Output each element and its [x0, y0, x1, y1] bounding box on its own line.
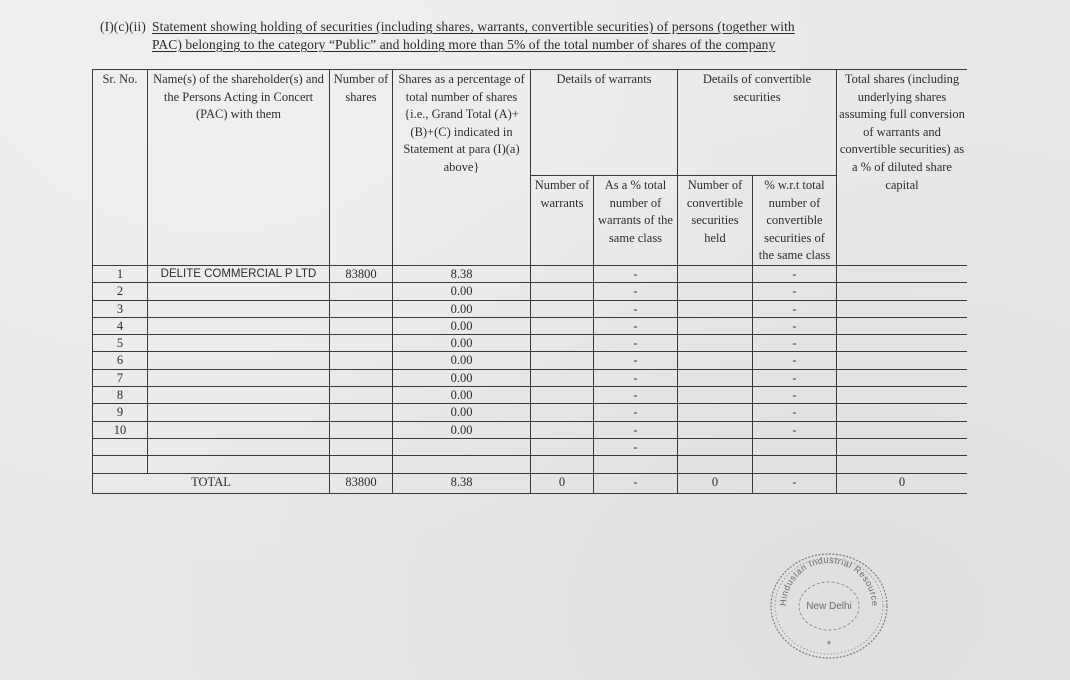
seal-center-text: New Delhi	[806, 601, 852, 612]
row-convertibles-percentage: -	[753, 283, 837, 300]
row-sr-no: 9	[93, 404, 148, 421]
header-row-1: Sr. No. Name(s) of the shareholder(s) an…	[93, 70, 968, 176]
row-warrants-percentage: -	[594, 265, 678, 282]
seal-star-icon: *	[827, 639, 832, 651]
row-shareholder-name	[148, 335, 330, 352]
statement-number: (I)(c)(ii)	[100, 18, 146, 36]
row-warrants-number	[531, 404, 594, 421]
header-total-diluted-share-capital: Total shares (including underlying share…	[837, 70, 968, 266]
row-number-of-shares	[330, 300, 393, 317]
svg-text:Hindustan Industrial Resources: Hindustan Industrial Resources Limited	[764, 548, 880, 607]
row-warrants-percentage: -	[594, 387, 678, 404]
row-warrants-number	[531, 438, 594, 455]
row-convertibles-number	[678, 456, 753, 473]
row-warrants-number	[531, 387, 594, 404]
row-diluted-percentage	[837, 352, 968, 369]
table-row: 90.00--	[93, 404, 968, 421]
holdings-table: Sr. No. Name(s) of the shareholder(s) an…	[92, 69, 967, 494]
row-warrants-percentage: -	[594, 369, 678, 386]
seal-icon: Hindustan Industrial Resources Limited N…	[764, 548, 894, 664]
row-warrants-number	[531, 300, 594, 317]
row-warrants-percentage: -	[594, 283, 678, 300]
row-number-of-shares	[330, 352, 393, 369]
row-warrants-number	[531, 456, 594, 473]
row-warrants-percentage: -	[594, 352, 678, 369]
row-warrants-percentage: -	[594, 404, 678, 421]
table-row: 30.00--	[93, 300, 968, 317]
total-shares: 83800	[330, 473, 393, 493]
row-sr-no	[93, 456, 148, 473]
table-row: 100.00--	[93, 421, 968, 438]
row-convertibles-number	[678, 404, 753, 421]
row-convertibles-percentage: -	[753, 404, 837, 421]
row-diluted-percentage	[837, 456, 968, 473]
row-convertibles-number	[678, 283, 753, 300]
row-warrants-number	[531, 369, 594, 386]
row-percentage: 0.00	[393, 317, 531, 334]
row-number-of-shares	[330, 387, 393, 404]
row-diluted-percentage	[837, 438, 968, 455]
row-percentage: 0.00	[393, 421, 531, 438]
row-number-of-shares	[330, 335, 393, 352]
row-convertibles-percentage: -	[753, 300, 837, 317]
total-diluted-percentage: 0	[837, 473, 968, 493]
row-diluted-percentage	[837, 387, 968, 404]
row-number-of-shares	[330, 438, 393, 455]
row-sr-no: 3	[93, 300, 148, 317]
row-number-of-shares: 83800	[330, 265, 393, 282]
row-shareholder-name	[148, 283, 330, 300]
row-convertibles-number	[678, 421, 753, 438]
table-row: 40.00--	[93, 317, 968, 334]
row-number-of-shares	[330, 456, 393, 473]
row-diluted-percentage	[837, 317, 968, 334]
row-warrants-number	[531, 265, 594, 282]
row-shareholder-name	[148, 369, 330, 386]
row-sr-no: 6	[93, 352, 148, 369]
header-number-of-warrants: Number of warrants	[531, 176, 594, 266]
row-diluted-percentage	[837, 404, 968, 421]
row-convertibles-number	[678, 369, 753, 386]
row-warrants-percentage: -	[594, 438, 678, 455]
table-row: 50.00--	[93, 335, 968, 352]
row-convertibles-percentage: -	[753, 369, 837, 386]
row-warrants-percentage	[594, 456, 678, 473]
total-label: TOTAL	[93, 473, 330, 493]
row-sr-no	[93, 438, 148, 455]
header-details-of-convertible-securities: Details of convertible securities	[678, 70, 837, 176]
header-number-of-convertibles: Number of convertible securities held	[678, 176, 753, 266]
row-convertibles-percentage	[753, 438, 837, 455]
row-sr-no: 1	[93, 265, 148, 282]
header-shareholder-name: Name(s) of the shareholder(s) and the Pe…	[148, 70, 330, 266]
row-percentage: 8.38	[393, 265, 531, 282]
row-sr-no: 10	[93, 421, 148, 438]
row-percentage: 0.00	[393, 369, 531, 386]
row-diluted-percentage	[837, 421, 968, 438]
total-percentage: 8.38	[393, 473, 531, 493]
row-shareholder-name	[148, 456, 330, 473]
row-diluted-percentage	[837, 283, 968, 300]
header-convertibles-percentage: % w.r.t total number of convertible secu…	[753, 176, 837, 266]
row-percentage: 0.00	[393, 300, 531, 317]
company-seal-stamp: Hindustan Industrial Resources Limited N…	[764, 548, 894, 664]
header-percentage-of-total: Shares as a percentage of total number o…	[393, 70, 531, 266]
row-convertibles-number	[678, 335, 753, 352]
row-convertibles-percentage: -	[753, 387, 837, 404]
row-number-of-shares	[330, 369, 393, 386]
row-diluted-percentage	[837, 335, 968, 352]
row-warrants-number	[531, 421, 594, 438]
table-row: 60.00--	[93, 352, 968, 369]
row-percentage: 0.00	[393, 352, 531, 369]
row-convertibles-number	[678, 300, 753, 317]
row-shareholder-name: DELITE COMMERCIAL P LTD	[148, 265, 330, 282]
row-percentage	[393, 438, 531, 455]
row-sr-no: 7	[93, 369, 148, 386]
table-row: -	[93, 438, 968, 455]
header-warrants-percentage: As a % total number of warrants of the s…	[594, 176, 678, 266]
row-convertibles-number	[678, 387, 753, 404]
row-shareholder-name	[148, 387, 330, 404]
row-shareholder-name	[148, 438, 330, 455]
table-row: 1DELITE COMMERCIAL P LTD838008.38--	[93, 265, 968, 282]
row-convertibles-percentage: -	[753, 421, 837, 438]
row-convertibles-percentage: -	[753, 335, 837, 352]
row-shareholder-name	[148, 300, 330, 317]
row-number-of-shares	[330, 317, 393, 334]
row-percentage: 0.00	[393, 387, 531, 404]
total-warrants-percentage: -	[594, 473, 678, 493]
row-warrants-number	[531, 335, 594, 352]
total-warrants-number: 0	[531, 473, 594, 493]
row-sr-no: 8	[93, 387, 148, 404]
row-percentage	[393, 456, 531, 473]
row-diluted-percentage	[837, 369, 968, 386]
statement-title-line-1: Statement showing holding of securities …	[152, 18, 880, 36]
row-warrants-number	[531, 352, 594, 369]
holdings-table-body: 1DELITE COMMERCIAL P LTD838008.38--20.00…	[93, 265, 968, 473]
row-convertibles-percentage: -	[753, 317, 837, 334]
seal-outer-text: Hindustan Industrial Resources Limited	[764, 548, 880, 607]
row-shareholder-name	[148, 352, 330, 369]
row-warrants-percentage: -	[594, 300, 678, 317]
row-diluted-percentage	[837, 265, 968, 282]
row-percentage: 0.00	[393, 404, 531, 421]
row-shareholder-name	[148, 404, 330, 421]
row-convertibles-number	[678, 265, 753, 282]
row-convertibles-percentage: -	[753, 352, 837, 369]
row-percentage: 0.00	[393, 283, 531, 300]
row-diluted-percentage	[837, 300, 968, 317]
row-number-of-shares	[330, 283, 393, 300]
statement-title: (I)(c)(ii) Statement showing holding of …	[100, 18, 880, 54]
row-convertibles-number	[678, 317, 753, 334]
row-percentage: 0.00	[393, 335, 531, 352]
total-convertibles-percentage: -	[753, 473, 837, 493]
row-shareholder-name	[148, 317, 330, 334]
statement-title-line-2: PAC) belonging to the category “Public” …	[152, 36, 880, 54]
header-sr-no: Sr. No.	[93, 70, 148, 266]
row-shareholder-name	[148, 421, 330, 438]
row-convertibles-number	[678, 352, 753, 369]
row-sr-no: 2	[93, 283, 148, 300]
row-number-of-shares	[330, 404, 393, 421]
row-warrants-number	[531, 317, 594, 334]
header-details-of-warrants: Details of warrants	[531, 70, 678, 176]
table-row: 20.00--	[93, 283, 968, 300]
total-convertibles-number: 0	[678, 473, 753, 493]
row-warrants-percentage: -	[594, 317, 678, 334]
total-row: TOTAL 83800 8.38 0 - 0 - 0	[93, 473, 968, 493]
row-sr-no: 4	[93, 317, 148, 334]
table-row	[93, 456, 968, 473]
table-row: 80.00--	[93, 387, 968, 404]
row-convertibles-number	[678, 438, 753, 455]
header-number-of-shares: Number of shares	[330, 70, 393, 266]
row-number-of-shares	[330, 421, 393, 438]
row-warrants-percentage: -	[594, 421, 678, 438]
row-convertibles-percentage: -	[753, 265, 837, 282]
table-row: 70.00--	[93, 369, 968, 386]
row-warrants-percentage: -	[594, 335, 678, 352]
row-convertibles-percentage	[753, 456, 837, 473]
row-sr-no: 5	[93, 335, 148, 352]
row-warrants-number	[531, 283, 594, 300]
